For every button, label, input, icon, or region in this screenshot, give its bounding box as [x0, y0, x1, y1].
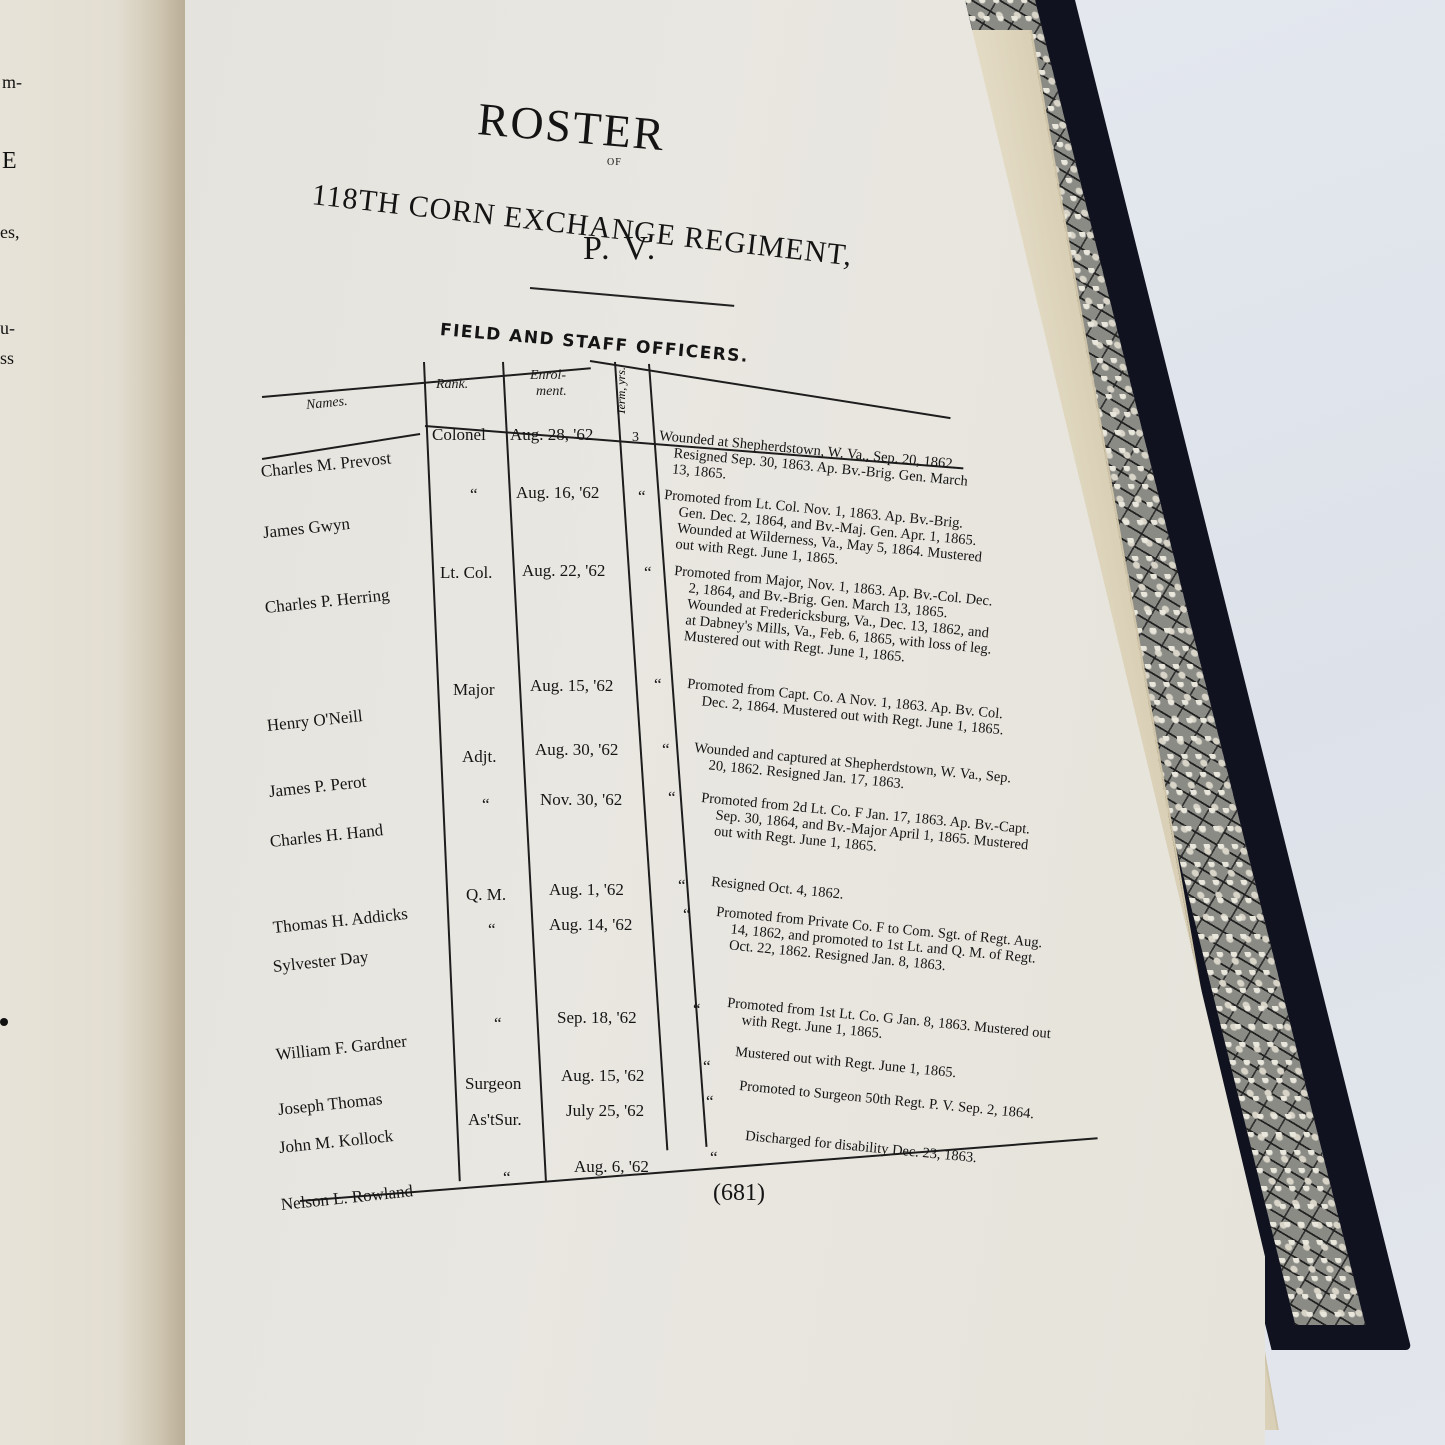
row-rank: Major	[453, 680, 495, 700]
row-term: “	[706, 1092, 714, 1112]
table-bottom-rule	[300, 1137, 1098, 1201]
table-top-rule	[590, 360, 951, 419]
row-term: “	[654, 675, 662, 695]
row-rank: As'tSur.	[468, 1110, 522, 1130]
column-header-enrolment-line1: Enrol-	[530, 368, 566, 383]
row-term: “	[668, 788, 676, 808]
row-enrolment: Aug. 1, '62	[549, 880, 624, 900]
page-number: (681)	[713, 1180, 765, 1207]
row-term: “	[644, 563, 652, 583]
row-rank: “	[503, 1168, 511, 1188]
row-enrolment: Aug. 6, '62	[574, 1157, 649, 1177]
row-enrolment: July 25, '62	[566, 1101, 644, 1121]
row-term: “	[678, 876, 686, 896]
row-enrolment: Aug. 22, '62	[522, 561, 605, 581]
row-term: “	[638, 487, 646, 507]
row-rank: “	[482, 795, 490, 815]
row-enrolment: Aug. 28, '62	[510, 425, 593, 445]
row-term: 3	[632, 430, 639, 446]
column-header-term: Term, yrs.	[614, 367, 629, 415]
row-enrolment: Aug. 15, '62	[561, 1066, 644, 1086]
row-rank: Q. M.	[466, 885, 506, 905]
row-rank: Lt. Col.	[440, 563, 492, 583]
roster-table	[0, 0, 1445, 1445]
row-enrolment: Aug. 30, '62	[535, 740, 618, 760]
book-photo: m- E es, u- ss ROSTER OF 118TH CORN EXCH…	[0, 0, 1445, 1445]
row-rank: “	[488, 920, 496, 940]
row-term: “	[683, 905, 691, 925]
row-term: “	[662, 740, 670, 760]
row-rank: Adjt.	[462, 747, 496, 767]
row-enrolment: Aug. 14, '62	[549, 915, 632, 935]
row-term: “	[710, 1148, 718, 1168]
column-divider	[423, 362, 460, 1181]
row-enrolment: Sep. 18, '62	[557, 1008, 637, 1028]
row-rank: “	[470, 485, 478, 505]
row-enrolment: Nov. 30, '62	[540, 790, 622, 810]
row-enrolment: Aug. 16, '62	[516, 483, 599, 503]
column-header-enrolment-line2: ment.	[536, 384, 567, 399]
row-term: “	[703, 1057, 711, 1077]
row-rank: Surgeon	[465, 1074, 521, 1094]
row-enrolment: Aug. 15, '62	[530, 676, 613, 696]
column-divider	[614, 362, 668, 1150]
column-header-rank: Rank.	[436, 377, 468, 392]
row-term: “	[693, 1000, 701, 1020]
row-rank: Colonel	[432, 425, 486, 445]
row-rank: “	[494, 1014, 502, 1034]
